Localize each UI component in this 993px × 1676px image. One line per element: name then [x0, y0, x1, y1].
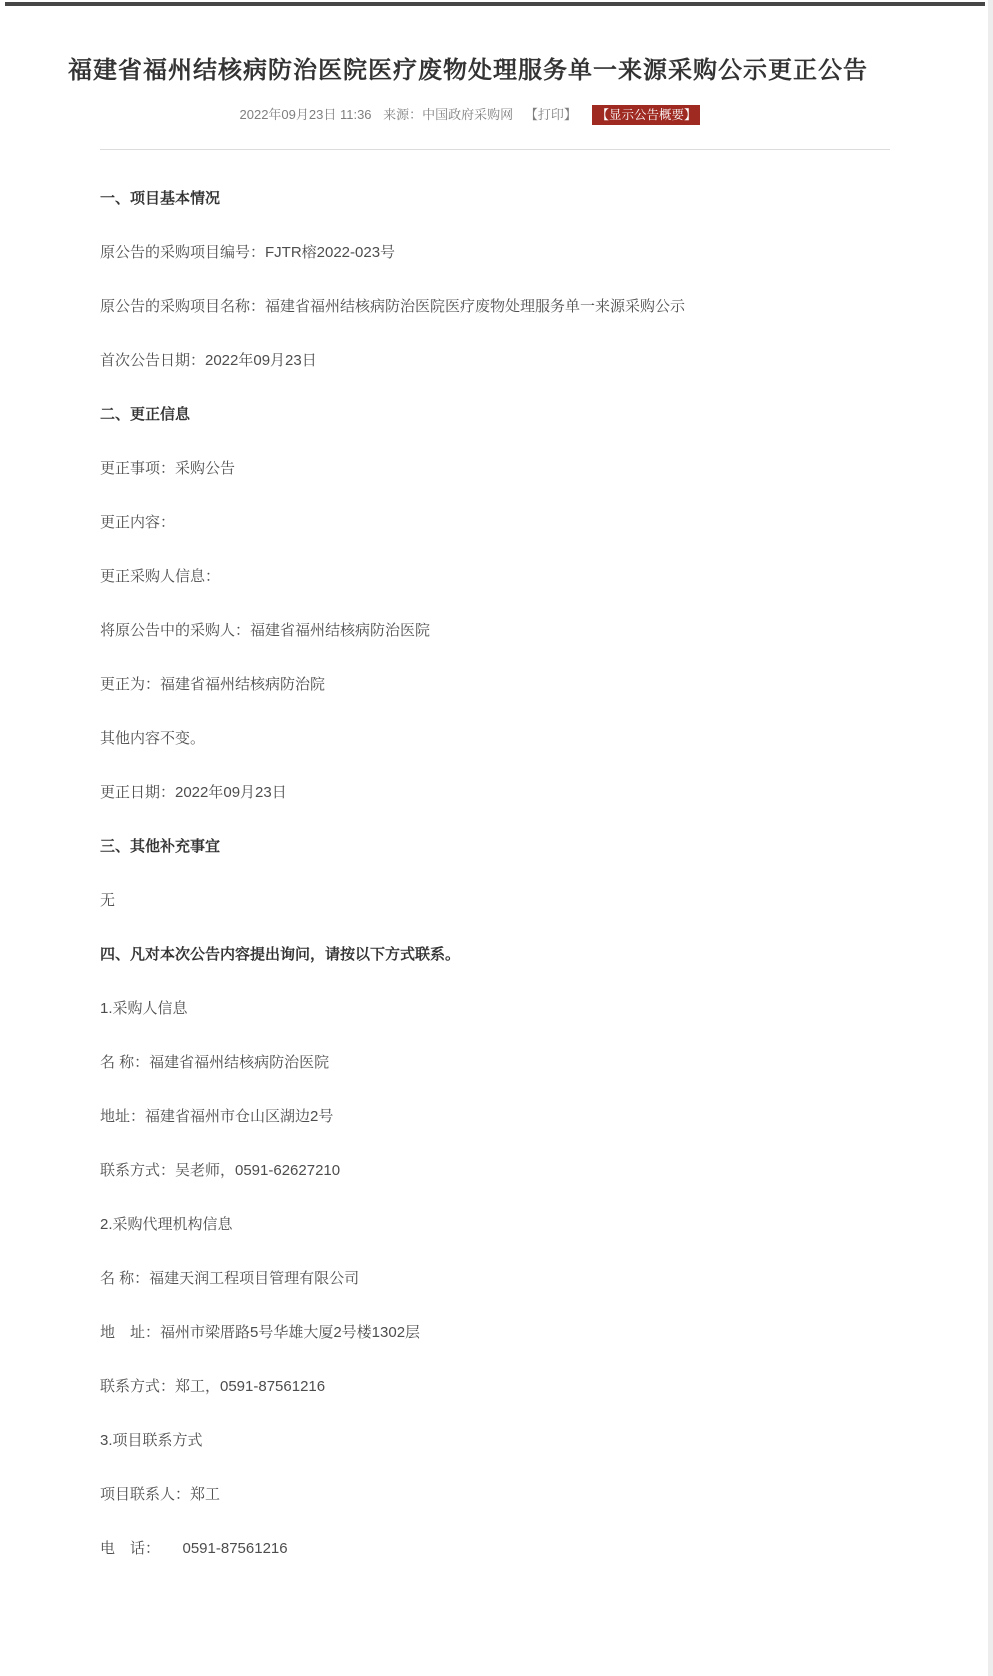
meta-source: 来源：中国政府采购网 [383, 107, 513, 122]
paragraph: 其他内容不变。 [100, 728, 900, 749]
paragraph: 更正采购人信息： [100, 566, 900, 587]
paragraph: 首次公告日期：2022年09月23日 [100, 350, 900, 371]
section-heading: 三、其他补充事宜 [100, 836, 900, 857]
paragraph: 更正事项：采购公告 [100, 458, 900, 479]
paragraph: 更正内容： [100, 512, 900, 533]
paragraph: 名 称：福建天润工程项目管理有限公司 [100, 1268, 900, 1289]
paragraph: 2.采购代理机构信息 [100, 1214, 900, 1235]
paragraph: 1.采购人信息 [100, 998, 900, 1019]
meta-datetime: 2022年09月23日 11:36 [240, 107, 372, 122]
section-heading: 四、凡对本次公告内容提出询问，请按以下方式联系。 [100, 944, 900, 965]
announcement-header: 福建省福州结核病防治医院医疗废物处理服务单一来源采购公示更正公告 2022年09… [55, 0, 881, 125]
header-divider [100, 149, 890, 150]
meta-line: 2022年09月23日 11:36 来源：中国政府采购网 【打印】 【显示公告概… [55, 105, 881, 125]
paragraph: 地址：福建省福州市仓山区湖边2号 [100, 1106, 900, 1127]
section-heading: 一、项目基本情况 [100, 188, 900, 209]
paragraph: 电 话： 0591-87561216 [100, 1538, 900, 1559]
summary-toggle-button[interactable]: 【显示公告概要】 [592, 105, 700, 125]
page-right-edge [988, 0, 993, 1676]
paragraph: 原公告的采购项目名称：福建省福州结核病防治医院医疗废物处理服务单一来源采购公示 [100, 296, 900, 317]
section-heading: 二、更正信息 [100, 404, 900, 425]
paragraph: 原公告的采购项目编号：FJTR榕2022-023号 [100, 242, 900, 263]
paragraph: 联系方式：吴老师，0591-62627210 [100, 1160, 900, 1181]
print-button[interactable]: 【打印】 [525, 107, 577, 122]
paragraph: 3.项目联系方式 [100, 1430, 900, 1451]
paragraph: 更正日期：2022年09月23日 [100, 782, 900, 803]
article-body: 一、项目基本情况原公告的采购项目编号：FJTR榕2022-023号原公告的采购项… [100, 188, 900, 1559]
top-window-edge [5, 2, 985, 6]
paragraph: 将原公告中的采购人：福建省福州结核病防治医院 [100, 620, 900, 641]
paragraph: 项目联系人：郑工 [100, 1484, 900, 1505]
paragraph: 无 [100, 890, 900, 911]
paragraph: 名 称：福建省福州结核病防治医院 [100, 1052, 900, 1073]
page-title: 福建省福州结核病防治医院医疗废物处理服务单一来源采购公示更正公告 [55, 55, 881, 87]
paragraph: 地 址：福州市梁厝路5号华雄大厦2号楼1302层 [100, 1322, 900, 1343]
paragraph: 联系方式：郑工，0591-87561216 [100, 1376, 900, 1397]
paragraph: 更正为：福建省福州结核病防治院 [100, 674, 900, 695]
